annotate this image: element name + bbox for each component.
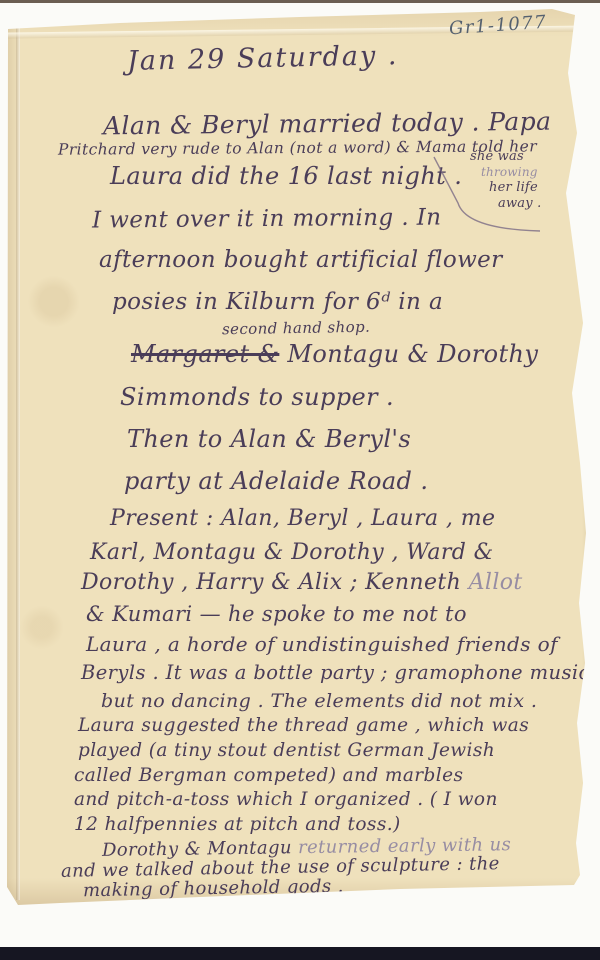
handwritten-line: making of household gods . (83, 878, 344, 901)
paper-crease (16, 3, 20, 900)
catalog-number: Gr1-1077 (448, 14, 547, 39)
handwritten-line-with-strikethrough: Margaret & Montagu & Dorothy (131, 342, 538, 366)
handwritten-line: party at Adelaide Road . (124, 469, 428, 493)
scanner-bed-strip (0, 947, 600, 960)
handwritten-line: posies in Kilburn for 6ᵈ in a (112, 291, 443, 314)
faded-word: Allot (469, 570, 523, 595)
margin-note-line: away . (498, 197, 541, 210)
struck-out-word: Margaret & (131, 340, 279, 368)
handwritten-line-main: Dorothy , Harry & Alix ; Kenneth (81, 570, 469, 595)
handwritten-line: & Kumari — he spoke to me not to (86, 604, 467, 625)
diary-paper-sheet: Gr1-1077 Jan 29 Saturday . Alan & Beryl … (0, 3, 598, 908)
handwritten-line-inserted: second hand shop. (222, 320, 370, 338)
handwritten-line: but no dancing . The elements did not mi… (101, 692, 537, 711)
handwritten-line: afternoon bought artificial flower (99, 249, 503, 272)
handwritten-line: Beryls . It was a bottle party ; gramoph… (81, 663, 590, 683)
entry-date-heading: Jan 29 Saturday . (127, 42, 399, 75)
handwritten-line: Dorothy , Harry & Alix ; Kenneth Allot (81, 572, 523, 594)
handwritten-line: Laura suggested the thread game , which … (78, 717, 529, 736)
handwritten-line: Alan & Beryl married today . Papa (103, 109, 552, 139)
scanner-edge-shadow (0, 0, 600, 3)
margin-note-line: she was (470, 150, 524, 163)
handwritten-line: Present : Alan, Beryl , Laura , me (110, 508, 495, 530)
handwritten-line: played (a tiny stout dentist German Jewi… (78, 742, 495, 761)
handwritten-line: Then to Alan & Beryl's (127, 427, 411, 451)
handwritten-line: and pitch-a-toss which I organized . ( I… (74, 791, 498, 810)
handwritten-line: I went over it in morning . In (92, 206, 442, 232)
handwritten-line: Laura , a horde of undistinguished frien… (86, 634, 558, 654)
handwritten-line: called Bergman competed) and marbles (74, 767, 463, 786)
handwritten-line: 12 halfpennies at pitch and toss.) (74, 816, 401, 835)
scanned-diary-page: Gr1-1077 Jan 29 Saturday . Alan & Beryl … (0, 0, 600, 960)
handwritten-line: Simmonds to supper . (120, 385, 394, 409)
margin-note-line: her life (489, 181, 538, 194)
handwritten-line-rest: Montagu & Dorothy (279, 340, 538, 368)
handwritten-line: Karl, Montagu & Dorothy , Ward & (90, 542, 494, 564)
handwritten-line: Laura did the 16 last night . (110, 164, 462, 188)
margin-note-line: throwing (481, 166, 538, 178)
